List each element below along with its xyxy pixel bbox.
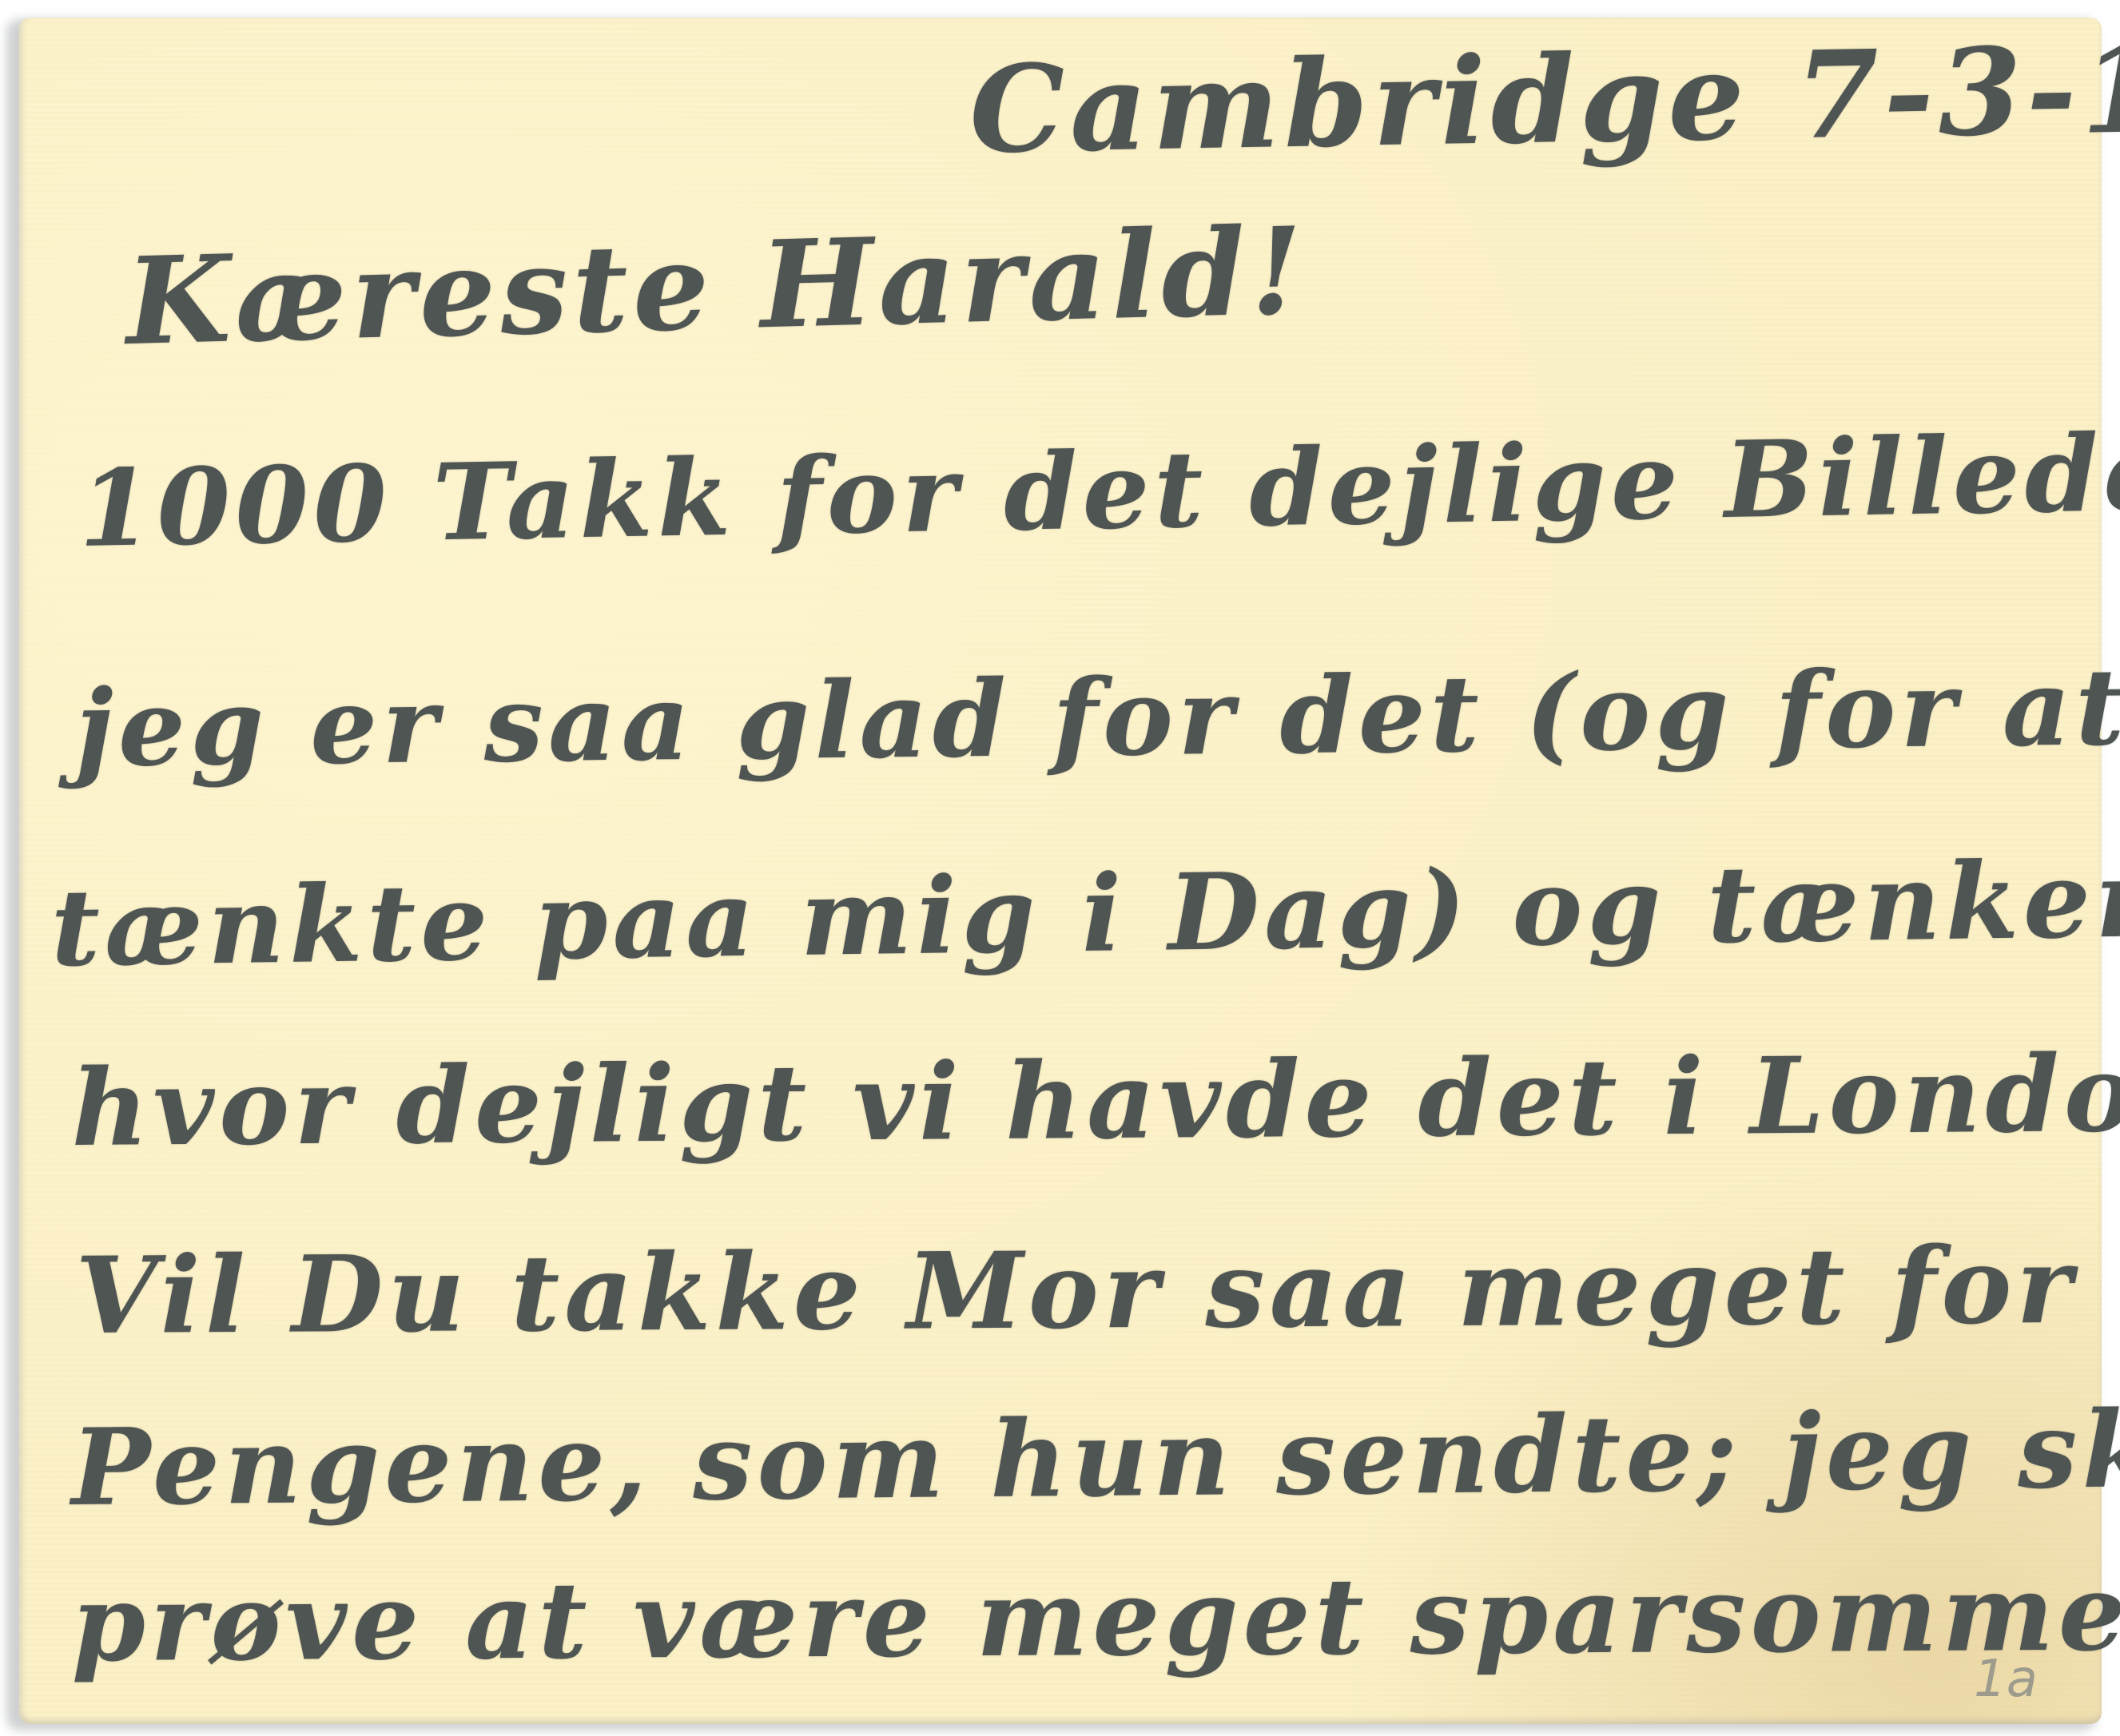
- body-line-2: jeg er saa glad for det (og for at Du: [74, 643, 2120, 791]
- body-line-7: prøve at være meget sparsommelig med: [71, 1548, 2120, 1686]
- body-line-5: Vil Du takke Mor saa meget for: [75, 1224, 2077, 1358]
- dateline: Cambridge 7-3-12.: [969, 17, 2120, 181]
- page-number-mark: 1a: [1974, 1650, 2038, 1709]
- body-line-4: hvor dejligt vi havde det i London.: [71, 1031, 2120, 1170]
- body-line-6: Pengene, som hun sendte; jeg skal nok: [71, 1384, 2120, 1530]
